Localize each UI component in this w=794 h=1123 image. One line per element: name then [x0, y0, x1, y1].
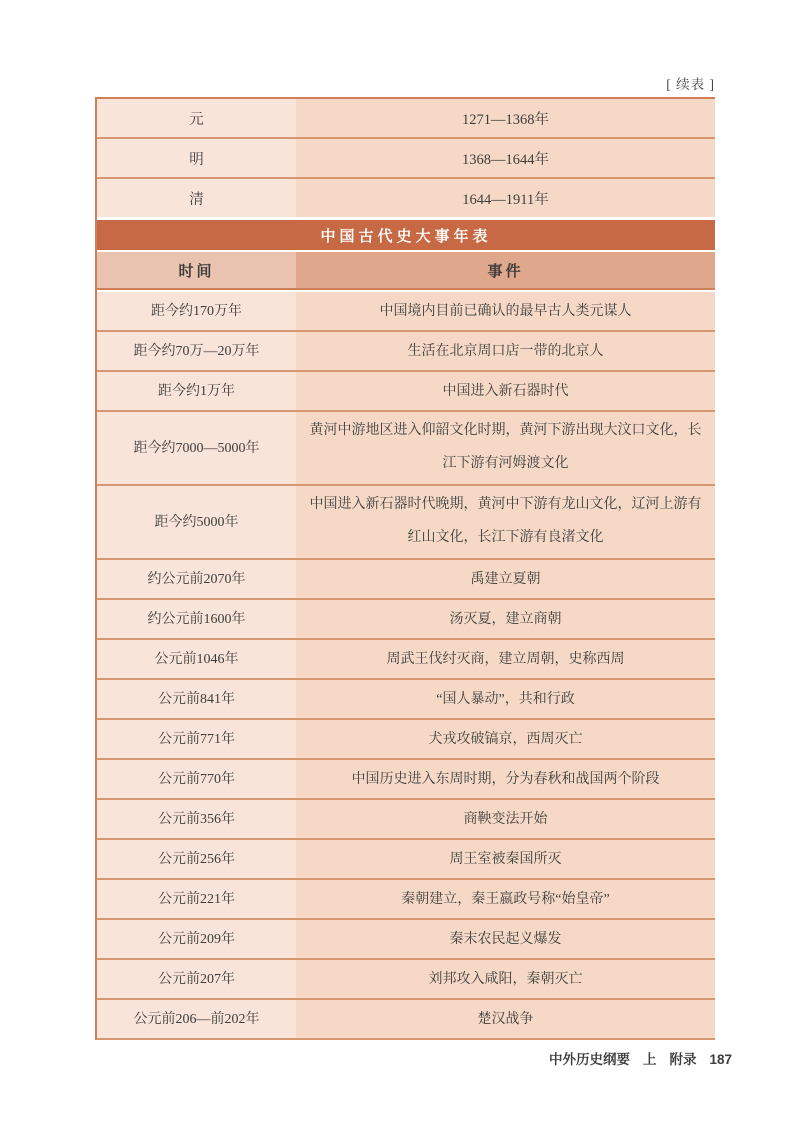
time-cell: 清: [97, 179, 296, 217]
event-cell: 1644—1911年: [296, 179, 715, 217]
time-cell: 距今约1万年: [97, 372, 296, 410]
table-row: 距今约170万年中国境内目前已确认的最早古人类元谋人: [97, 292, 715, 332]
time-cell: 约公元前2070年: [97, 560, 296, 598]
time-cell: 明: [97, 139, 296, 177]
event-cell: 中国进入新石器时代晚期，黄河中下游有龙山文化，辽河上游有红山文化，长江下游有良渚…: [296, 486, 715, 558]
footer-page-number: 187: [709, 1052, 732, 1067]
event-cell: 刘邦攻入咸阳，秦朝灭亡: [296, 960, 715, 998]
time-cell: 距今约5000年: [97, 486, 296, 558]
footer-book-title: 中外历史纲要: [549, 1048, 630, 1068]
time-cell: 公元前771年: [97, 720, 296, 758]
table-row: 公元前770年中国历史进入东周时期，分为春秋和战国两个阶段: [97, 760, 715, 800]
event-cell: 犬戎攻破镐京，西周灭亡: [296, 720, 715, 758]
time-cell: 距今约170万年: [97, 292, 296, 330]
time-cell: 公元前207年: [97, 960, 296, 998]
time-cell: 距今约70万—20万年: [97, 332, 296, 370]
table-row: 距今约7000—5000年黄河中游地区进入仰韶文化时期，黄河下游出现大汶口文化，…: [97, 412, 715, 486]
event-cell: 商鞅变法开始: [296, 800, 715, 838]
event-cell: 周王室被秦国所灭: [296, 840, 715, 878]
table-row: 公元前256年周王室被秦国所灭: [97, 840, 715, 880]
time-cell: 公元前356年: [97, 800, 296, 838]
column-header-time: 时间: [97, 252, 296, 288]
event-cell: 中国历史进入东周时期，分为春秋和战国两个阶段: [296, 760, 715, 798]
event-cell: 1271—1368年: [296, 99, 715, 137]
dynasty-rows-section: 元1271—1368年明1368—1644年清1644—1911年: [97, 99, 715, 217]
textbook-page: [ 续表 ] 元1271—1368年明1368—1644年清1644—1911年…: [0, 0, 794, 1123]
event-cell: 黄河中游地区进入仰韶文化时期，黄河下游出现大汶口文化，长江下游有河姆渡文化: [296, 412, 715, 484]
event-cell: “国人暴动”，共和行政: [296, 680, 715, 718]
event-cell: 楚汉战争: [296, 1000, 715, 1038]
event-cell: 中国进入新石器时代: [296, 372, 715, 410]
footer-volume: 上: [643, 1048, 657, 1068]
event-cell: 禹建立夏朝: [296, 560, 715, 598]
time-cell: 公元前1046年: [97, 640, 296, 678]
table-row: 公元前1046年周武王伐纣灭商，建立周朝，史称西周: [97, 640, 715, 680]
event-rows-section: 距今约170万年中国境内目前已确认的最早古人类元谋人距今约70万—20万年生活在…: [97, 292, 715, 1040]
time-cell: 公元前256年: [97, 840, 296, 878]
table-row: 公元前206—前202年楚汉战争: [97, 1000, 715, 1040]
time-cell: 公元前841年: [97, 680, 296, 718]
event-cell: 中国境内目前已确认的最早古人类元谋人: [296, 292, 715, 330]
table-row: 约公元前1600年汤灭夏，建立商朝: [97, 600, 715, 640]
event-cell: 汤灭夏，建立商朝: [296, 600, 715, 638]
table-row: 公元前841年“国人暴动”，共和行政: [97, 680, 715, 720]
footer-section: 附录: [669, 1048, 696, 1068]
table-row: 距今约70万—20万年生活在北京周口店一带的北京人: [97, 332, 715, 372]
table-header-row: 时间 事件: [97, 252, 715, 290]
column-header-event: 事件: [296, 252, 715, 288]
time-cell: 约公元前1600年: [97, 600, 296, 638]
time-cell: 距今约7000—5000年: [97, 412, 296, 484]
table-row: 公元前209年秦末农民起义爆发: [97, 920, 715, 960]
time-cell: 公元前221年: [97, 880, 296, 918]
event-cell: 1368—1644年: [296, 139, 715, 177]
table-row: 公元前221年秦朝建立，秦王嬴政号称“始皇帝”: [97, 880, 715, 920]
event-cell: 周武王伐纣灭商，建立周朝，史称西周: [296, 640, 715, 678]
table-row: 公元前207年刘邦攻入咸阳，秦朝灭亡: [97, 960, 715, 1000]
table-row: 公元前771年犬戎攻破镐京，西周灭亡: [97, 720, 715, 760]
event-cell: 生活在北京周口店一带的北京人: [296, 332, 715, 370]
page-footer: 中外历史纲要 上 附录 187: [549, 1048, 732, 1068]
time-cell: 公元前770年: [97, 760, 296, 798]
time-cell: 元: [97, 99, 296, 137]
table-title-banner: 中国古代史大事年表: [97, 220, 715, 250]
event-cell: 秦末农民起义爆发: [296, 920, 715, 958]
table-row: 元1271—1368年: [97, 99, 715, 139]
table-row: 距今约1万年中国进入新石器时代: [97, 372, 715, 412]
history-events-table: 元1271—1368年明1368—1644年清1644—1911年 中国古代史大…: [95, 97, 715, 1040]
time-cell: 公元前209年: [97, 920, 296, 958]
event-cell: 秦朝建立，秦王嬴政号称“始皇帝”: [296, 880, 715, 918]
table-row: 明1368—1644年: [97, 139, 715, 179]
continued-table-label: [ 续表 ]: [666, 73, 715, 93]
table-row: 公元前356年商鞅变法开始: [97, 800, 715, 840]
table-row: 约公元前2070年禹建立夏朝: [97, 560, 715, 600]
time-cell: 公元前206—前202年: [97, 1000, 296, 1038]
table-row: 距今约5000年中国进入新石器时代晚期，黄河中下游有龙山文化，辽河上游有红山文化…: [97, 486, 715, 560]
table-row: 清1644—1911年: [97, 179, 715, 217]
